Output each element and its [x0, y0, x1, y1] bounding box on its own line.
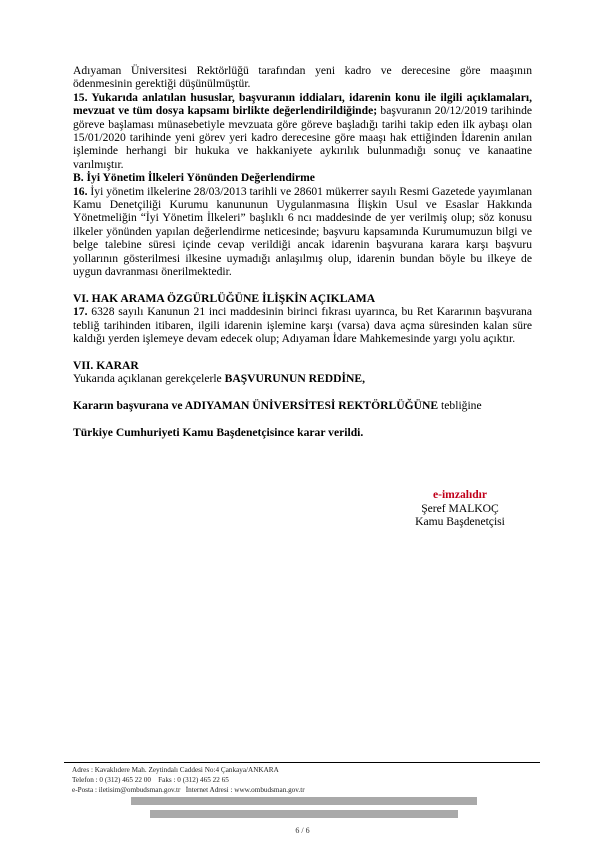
- final-statement: Türkiye Cumhuriyeti Kamu Başdenetçisince…: [73, 426, 532, 439]
- paragraph-16: 16. İyi yönetim ilkelerine 28/03/2013 ta…: [73, 185, 532, 279]
- footer-gray-bar: [131, 797, 477, 805]
- footer-address: Adres : Kavaklıdere Mah. Zeytindalı Cadd…: [72, 766, 305, 776]
- paragraph-16-text: İyi yönetim ilkelerine 28/03/2013 tarihl…: [73, 185, 532, 278]
- spacer: [73, 346, 532, 359]
- e-signature-label: e-imzalıdır: [380, 488, 540, 502]
- section-vi-heading: VI. HAK ARAMA ÖZGÜRLÜĞÜNE İLİŞKİN AÇIKLA…: [73, 292, 532, 305]
- signatory-title: Kamu Başdenetçisi: [380, 515, 540, 529]
- paragraph-17: 17. 6328 sayılı Kanunun 21 inci maddesin…: [73, 305, 532, 345]
- spacer: [73, 279, 532, 292]
- signatory-name: Şeref MALKOÇ: [380, 502, 540, 516]
- section-vii-heading: VII. KARAR: [73, 359, 532, 372]
- spacer: [73, 413, 532, 426]
- paragraph-number: 15.: [73, 91, 88, 104]
- footer-divider: [64, 762, 540, 763]
- spacer: [73, 386, 532, 399]
- paragraph-15: 15. Yukarıda anlatılan hususlar, başvura…: [73, 91, 532, 171]
- document-body: Adıyaman Üniversitesi Rektörlüğü tarafın…: [73, 64, 532, 439]
- signature-block: e-imzalıdır Şeref MALKOÇ Kamu Başdenetçi…: [380, 488, 540, 529]
- decision-line: Yukarıda açıklanan gerekçelerle BAŞVURUN…: [73, 372, 532, 385]
- section-b-heading: B. İyi Yönetim İlkeleri Yönünden Değerle…: [73, 171, 532, 184]
- footer-gray-bar: [150, 810, 458, 818]
- paragraph-14-continuation: Adıyaman Üniversitesi Rektörlüğü tarafın…: [73, 64, 532, 91]
- paragraph-number: 17.: [73, 305, 88, 318]
- notification-line: Kararın başvurana ve ADIYAMAN ÜNİVERSİTE…: [73, 399, 532, 412]
- paragraph-number: 16.: [73, 185, 88, 198]
- page-number: 6 / 6: [0, 826, 605, 835]
- footer-phone-fax: Telefon : 0 (312) 465 22 00 Faks : 0 (31…: [72, 776, 305, 786]
- footer-email-web: e-Posta : iletisim@ombudsman.gov.tr İnte…: [72, 786, 305, 796]
- paragraph-17-text: 6328 sayılı Kanunun 21 inci maddesinin b…: [73, 305, 532, 345]
- footer-contact: Adres : Kavaklıdere Mah. Zeytindalı Cadd…: [72, 766, 305, 795]
